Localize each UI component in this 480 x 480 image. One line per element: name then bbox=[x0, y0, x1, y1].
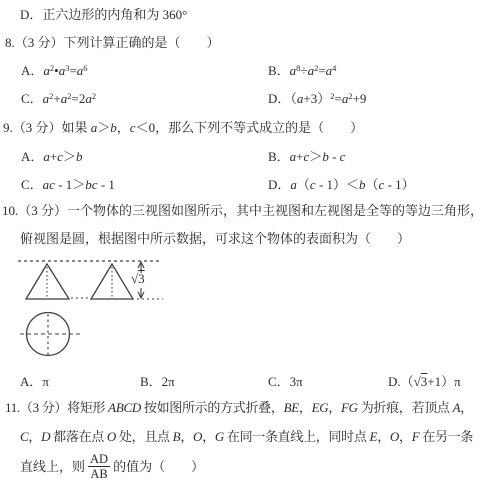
question-8-option-c: C．a2+a2=2a2 bbox=[21, 91, 96, 106]
front-view-triangle bbox=[26, 264, 69, 299]
question-9-stem: 9.（3 分）如果 a＞b，c＜0，那么下列不等式成立的是（ ） bbox=[3, 120, 363, 135]
question-8-option-b: B．a8÷a2=a4 bbox=[268, 63, 336, 78]
question-9-option-a: A．a+c＞b bbox=[21, 149, 83, 164]
question-8-option-a: A．a2•a3=a6 bbox=[21, 63, 88, 78]
question-10-option-c: C．3π bbox=[268, 374, 303, 389]
question-9-option-b: B．a+c＞b - c bbox=[268, 149, 345, 164]
question-10-stem-line2: 俯视图是圆，根据图中所示数据，可求这个物体的表面积为（ ） bbox=[20, 231, 410, 246]
dimension-label-sqrt3: √3 bbox=[131, 271, 145, 286]
prev-question-option-d: D．正六边形的内角和为 360° bbox=[20, 7, 187, 22]
fraction-denominator: AB bbox=[90, 467, 107, 480]
line3-suffix-text: 的值为（ ） bbox=[113, 459, 204, 474]
question-9-option-d: D．a（c - 1）＜b（c - 1） bbox=[268, 177, 415, 192]
fraction-ad-over-ab: AD AB bbox=[88, 453, 110, 480]
question-8-stem: 8.（3 分）下列计算正确的是（ ） bbox=[5, 35, 220, 50]
three-view-drawing bbox=[15, 253, 165, 363]
question-11-stem-line3: 直线上，则 AD AB 的值为（ ） bbox=[20, 450, 204, 480]
question-10-option-b: B．2π bbox=[140, 374, 175, 389]
exam-document-page: D．正六边形的内角和为 360° 8.（3 分）下列计算正确的是（ ） A．a2… bbox=[0, 0, 480, 480]
question-9-option-c: C．ac - 1＞bc - 1 bbox=[21, 177, 115, 192]
three-view-figure: √3 bbox=[15, 253, 165, 363]
question-10-stem-line1: 10.（3 分）一个物体的三视图如图所示，其中主视图和左视图是全等的等边三角形， bbox=[2, 203, 480, 218]
fraction-numerator: AD bbox=[88, 453, 110, 467]
question-11-stem-line1: 11.（3 分）将矩形 ABCD 按如图所示的方式折叠，BE，EG，FG 为折痕… bbox=[5, 400, 473, 415]
question-10-option-a: A．π bbox=[20, 374, 49, 389]
side-view-triangle bbox=[91, 264, 133, 299]
question-11-stem-line2: C，D 都落在点 O 处，且点 B，O，G 在同一条直线上，同时点 E，O，F … bbox=[20, 429, 473, 444]
line3-prefix-text: 直线上，则 bbox=[20, 459, 85, 474]
question-8-option-d: D．（a+3）2=a2+9 bbox=[268, 91, 366, 106]
question-10-option-d: D.（√3+1）π bbox=[388, 374, 461, 389]
